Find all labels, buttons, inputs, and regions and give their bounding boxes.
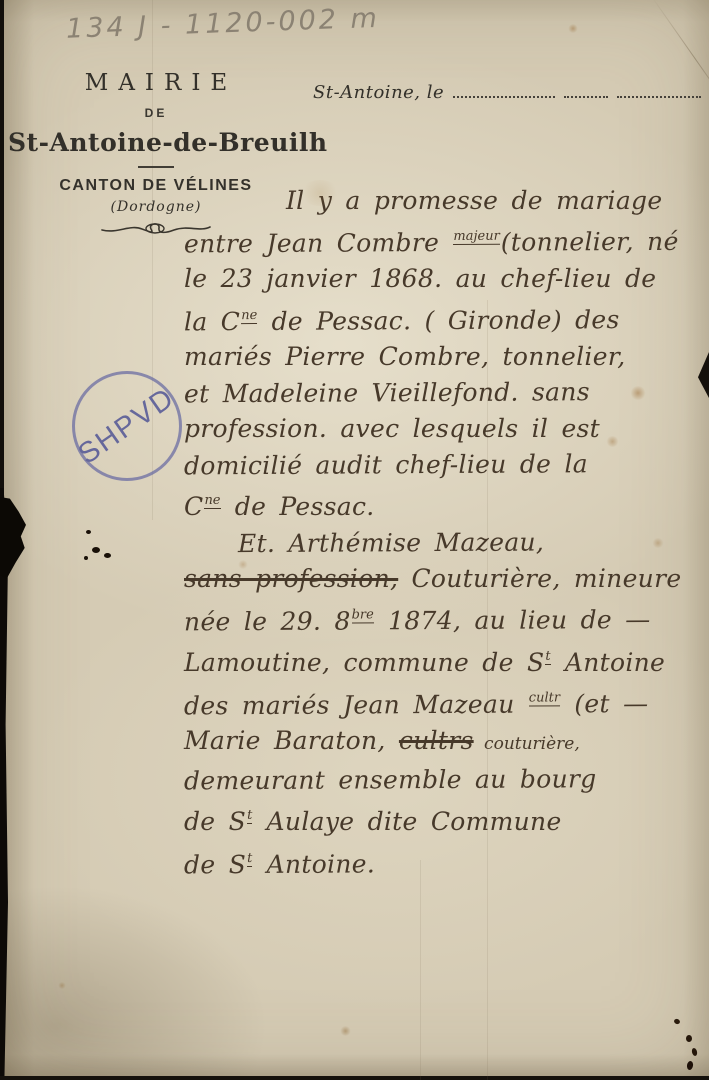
manuscript-text: Il y a promesse de mariageentre Jean Com… (184, 183, 706, 882)
scanned-document-page: 134 J - 1120-002 m MAIRIE DE St-Antoine-… (0, 0, 709, 1080)
dateline: St-Antoine, le (313, 80, 701, 103)
manuscript-line: profession. avec lesquels il est (184, 411, 706, 447)
stain (630, 386, 646, 400)
manuscript-line: demeurant ensemble au bourg (184, 761, 706, 800)
manuscript-line: née le 29. 8bre 1874, au lieu de — (184, 596, 706, 641)
scan-edge-bottom (0, 1076, 709, 1080)
manuscript-line: de St Aulaye dite Commune (184, 798, 706, 840)
ink-speck (686, 1035, 692, 1042)
manuscript-line: des mariés Jean Mazeau cultr (et — (184, 680, 706, 725)
letterhead-rule (138, 166, 174, 168)
ink-speck (686, 1061, 693, 1071)
manuscript-line: Lamoutine, commune de St Antoine (184, 639, 706, 681)
manuscript-line: entre Jean Combre majeur(tonnelier, né (184, 218, 706, 263)
stain (606, 436, 619, 447)
stain (238, 560, 248, 569)
ink-speck (691, 1047, 698, 1056)
manuscript-line: Il y a promesse de mariage (184, 183, 706, 219)
stain (340, 1026, 351, 1036)
stain (58, 982, 66, 989)
dateline-dotted-blank (453, 80, 555, 98)
ink-speck (92, 547, 100, 553)
ink-speck (84, 556, 88, 560)
manuscript-line: mariés Pierre Combre, tonnelier, (184, 339, 706, 375)
manuscript-line: Et. Arthémise Mazeau, (184, 524, 706, 563)
letterhead-of: DE (8, 106, 304, 120)
manuscript-line: domicilié audit chef-lieu de la (184, 446, 706, 485)
manuscript-line: la Cne de Pessac. ( Gironde) des (184, 296, 706, 341)
dateline-text: St-Antoine, le (313, 82, 444, 103)
manuscript-line: Cne de Pessac. (184, 483, 706, 525)
dateline-dotted-blank (617, 80, 701, 98)
ink-speck (104, 553, 111, 558)
archive-reference: 134 J - 1120-002 m (66, 2, 397, 44)
ink-speck (673, 1018, 680, 1025)
stain (300, 180, 340, 206)
stain (652, 538, 664, 548)
manuscript-line: le 23 janvier 1868. au chef-lieu de (184, 261, 706, 297)
manuscript-line: de St Antoine. (184, 839, 706, 884)
shpvd-stamp: SHPVD (72, 371, 182, 481)
ink-speck (86, 530, 91, 534)
stain (568, 24, 578, 33)
stamp-text: SHPVD (73, 381, 182, 471)
paper-crease (420, 860, 421, 1080)
manuscript-line: sans profession, Couturière, mineure (184, 561, 706, 597)
letterhead-commune: St-Antoine-de-Breuilh (8, 128, 304, 157)
manuscript-line: Marie Baraton, cultrs couturière, (184, 723, 706, 762)
ink-blot (0, 497, 26, 579)
letterhead-title: MAIRIE (8, 70, 304, 96)
manuscript-line: et Madeleine Vieillefond. sans (184, 374, 706, 413)
dateline-dotted-blank (564, 80, 608, 98)
